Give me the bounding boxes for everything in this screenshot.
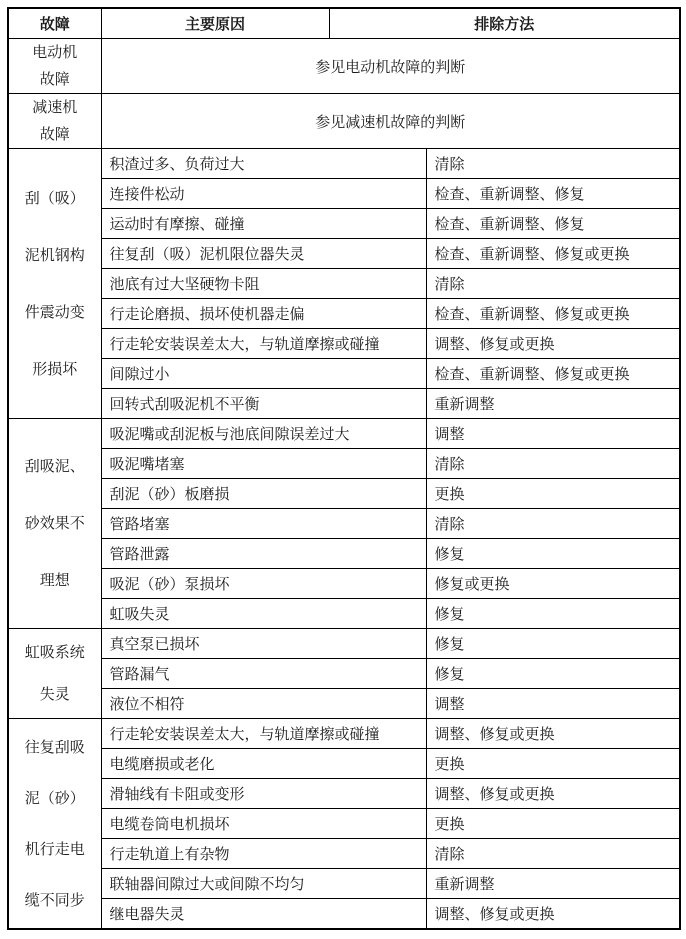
table-row: 池底有过大坚硬物卡阻清除: [8, 269, 680, 299]
cause-cell: 回转式刮吸泥机不平衡: [101, 389, 426, 419]
remedy-cell: 检查、重新调整、修复: [426, 209, 680, 239]
cause-cell: 电缆卷筒电机损坏: [101, 809, 426, 839]
note-cell: 参见电动机故障的判断: [101, 39, 680, 94]
document-page: 故障 主要原因 排除方法 电动机 故障参见电动机故障的判断减速机 故障参见减速机…: [0, 0, 686, 939]
table-row: 连接件松动检查、重新调整、修复: [8, 179, 680, 209]
table-row: 管路漏气修复: [8, 659, 680, 689]
fault-troubleshooting-table: 故障 主要原因 排除方法 电动机 故障参见电动机故障的判断减速机 故障参见减速机…: [7, 7, 681, 930]
table-row: 滑轴线有卡阻或变形调整、修复或更换: [8, 779, 680, 809]
note-cell: 参见减速机故障的判断: [101, 94, 680, 149]
merged-row: 电动机 故障参见电动机故障的判断: [8, 39, 680, 94]
table-row: 往复刮（吸）泥机限位器失灵检查、重新调整、修复或更换: [8, 239, 680, 269]
merged-row: 减速机 故障参见减速机故障的判断: [8, 94, 680, 149]
remedy-cell: 清除: [426, 449, 680, 479]
table-row: 刮泥（砂）板磨损更换: [8, 479, 680, 509]
remedy-cell: 检查、重新调整、修复: [426, 179, 680, 209]
cause-cell: 行走轮安装误差太大，与轨道摩擦或碰撞: [101, 719, 426, 749]
table-row: 行走轨道上有杂物清除: [8, 839, 680, 869]
fault-cell: 刮（吸） 泥机钢构 件震动变 形损坏: [8, 149, 101, 419]
remedy-cell: 更换: [426, 809, 680, 839]
fault-cell: 减速机 故障: [8, 94, 101, 149]
remedy-cell: 检查、重新调整、修复或更换: [426, 299, 680, 329]
cause-cell: 联轴器间隙过大或间隙不均匀: [101, 869, 426, 899]
table-row: 电缆磨损或老化更换: [8, 749, 680, 779]
cause-cell: 继电器失灵: [101, 899, 426, 930]
remedy-cell: 调整、修复或更换: [426, 899, 680, 930]
remedy-cell: 调整: [426, 419, 680, 449]
table-row: 继电器失灵调整、修复或更换: [8, 899, 680, 930]
cause-cell: 运动时有摩擦、碰撞: [101, 209, 426, 239]
table-row: 行走论磨损、损坏使机器走偏检查、重新调整、修复或更换: [8, 299, 680, 329]
table-row: 吸泥（砂）泵损坏修复或更换: [8, 569, 680, 599]
cause-cell: 液位不相符: [101, 689, 426, 719]
table-row: 刮（吸） 泥机钢构 件震动变 形损坏积渣过多、负荷过大清除: [8, 149, 680, 179]
cause-cell: 行走轮安装误差太大，与轨道摩擦或碰撞: [101, 329, 426, 359]
fault-cell: 电动机 故障: [8, 39, 101, 94]
cause-cell: 间隙过小: [101, 359, 426, 389]
remedy-cell: 修复: [426, 659, 680, 689]
remedy-cell: 调整: [426, 689, 680, 719]
remedy-cell: 清除: [426, 839, 680, 869]
table-row: 行走轮安装误差太大，与轨道摩擦或碰撞调整、修复或更换: [8, 329, 680, 359]
remedy-cell: 调整、修复或更换: [426, 329, 680, 359]
table-row: 液位不相符调整: [8, 689, 680, 719]
remedy-cell: 检查、重新调整、修复或更换: [426, 359, 680, 389]
header-row: 故障 主要原因 排除方法: [8, 8, 680, 39]
cause-cell: 积渣过多、负荷过大: [101, 149, 426, 179]
table-row: 吸泥嘴堵塞清除: [8, 449, 680, 479]
remedy-cell: 重新调整: [426, 869, 680, 899]
cause-cell: 吸泥嘴堵塞: [101, 449, 426, 479]
remedy-cell: 修复: [426, 629, 680, 659]
cause-cell: 管路漏气: [101, 659, 426, 689]
table-row: 管路堵塞清除: [8, 509, 680, 539]
cause-cell: 行走论磨损、损坏使机器走偏: [101, 299, 426, 329]
cause-cell: 吸泥（砂）泵损坏: [101, 569, 426, 599]
cause-cell: 刮泥（砂）板磨损: [101, 479, 426, 509]
remedy-cell: 重新调整: [426, 389, 680, 419]
cause-cell: 行走轨道上有杂物: [101, 839, 426, 869]
cause-cell: 往复刮（吸）泥机限位器失灵: [101, 239, 426, 269]
remedy-cell: 清除: [426, 269, 680, 299]
remedy-cell: 修复: [426, 539, 680, 569]
fault-cell: 往复刮吸 泥（砂） 机行走电 缆不同步: [8, 719, 101, 930]
cause-cell: 管路泄露: [101, 539, 426, 569]
cause-cell: 管路堵塞: [101, 509, 426, 539]
remedy-cell: 更换: [426, 479, 680, 509]
header-fault: 故障: [8, 8, 101, 39]
table-row: 虹吸失灵修复: [8, 599, 680, 629]
remedy-cell: 修复或更换: [426, 569, 680, 599]
remedy-cell: 调整、修复或更换: [426, 779, 680, 809]
table-row: 刮吸泥、 砂效果不 理想吸泥嘴或刮泥板与池底间隙误差过大调整: [8, 419, 680, 449]
cause-cell: 真空泵已损坏: [101, 629, 426, 659]
table-row: 运动时有摩擦、碰撞检查、重新调整、修复: [8, 209, 680, 239]
fault-cell: 刮吸泥、 砂效果不 理想: [8, 419, 101, 629]
cause-cell: 池底有过大坚硬物卡阻: [101, 269, 426, 299]
table-row: 虹吸系统 失灵真空泵已损坏修复: [8, 629, 680, 659]
table-row: 回转式刮吸泥机不平衡重新调整: [8, 389, 680, 419]
remedy-cell: 调整、修复或更换: [426, 719, 680, 749]
header-remedy: 排除方法: [329, 8, 680, 39]
remedy-cell: 清除: [426, 509, 680, 539]
header-cause: 主要原因: [101, 8, 329, 39]
cause-cell: 滑轴线有卡阻或变形: [101, 779, 426, 809]
cause-cell: 连接件松动: [101, 179, 426, 209]
cause-cell: 电缆磨损或老化: [101, 749, 426, 779]
remedy-cell: 更换: [426, 749, 680, 779]
table-row: 往复刮吸 泥（砂） 机行走电 缆不同步行走轮安装误差太大，与轨道摩擦或碰撞调整、…: [8, 719, 680, 749]
table-row: 管路泄露修复: [8, 539, 680, 569]
remedy-cell: 检查、重新调整、修复或更换: [426, 239, 680, 269]
remedy-cell: 修复: [426, 599, 680, 629]
cause-cell: 吸泥嘴或刮泥板与池底间隙误差过大: [101, 419, 426, 449]
table-row: 间隙过小检查、重新调整、修复或更换: [8, 359, 680, 389]
fault-cell: 虹吸系统 失灵: [8, 629, 101, 719]
table-row: 电缆卷筒电机损坏更换: [8, 809, 680, 839]
table-row: 联轴器间隙过大或间隙不均匀重新调整: [8, 869, 680, 899]
cause-cell: 虹吸失灵: [101, 599, 426, 629]
remedy-cell: 清除: [426, 149, 680, 179]
